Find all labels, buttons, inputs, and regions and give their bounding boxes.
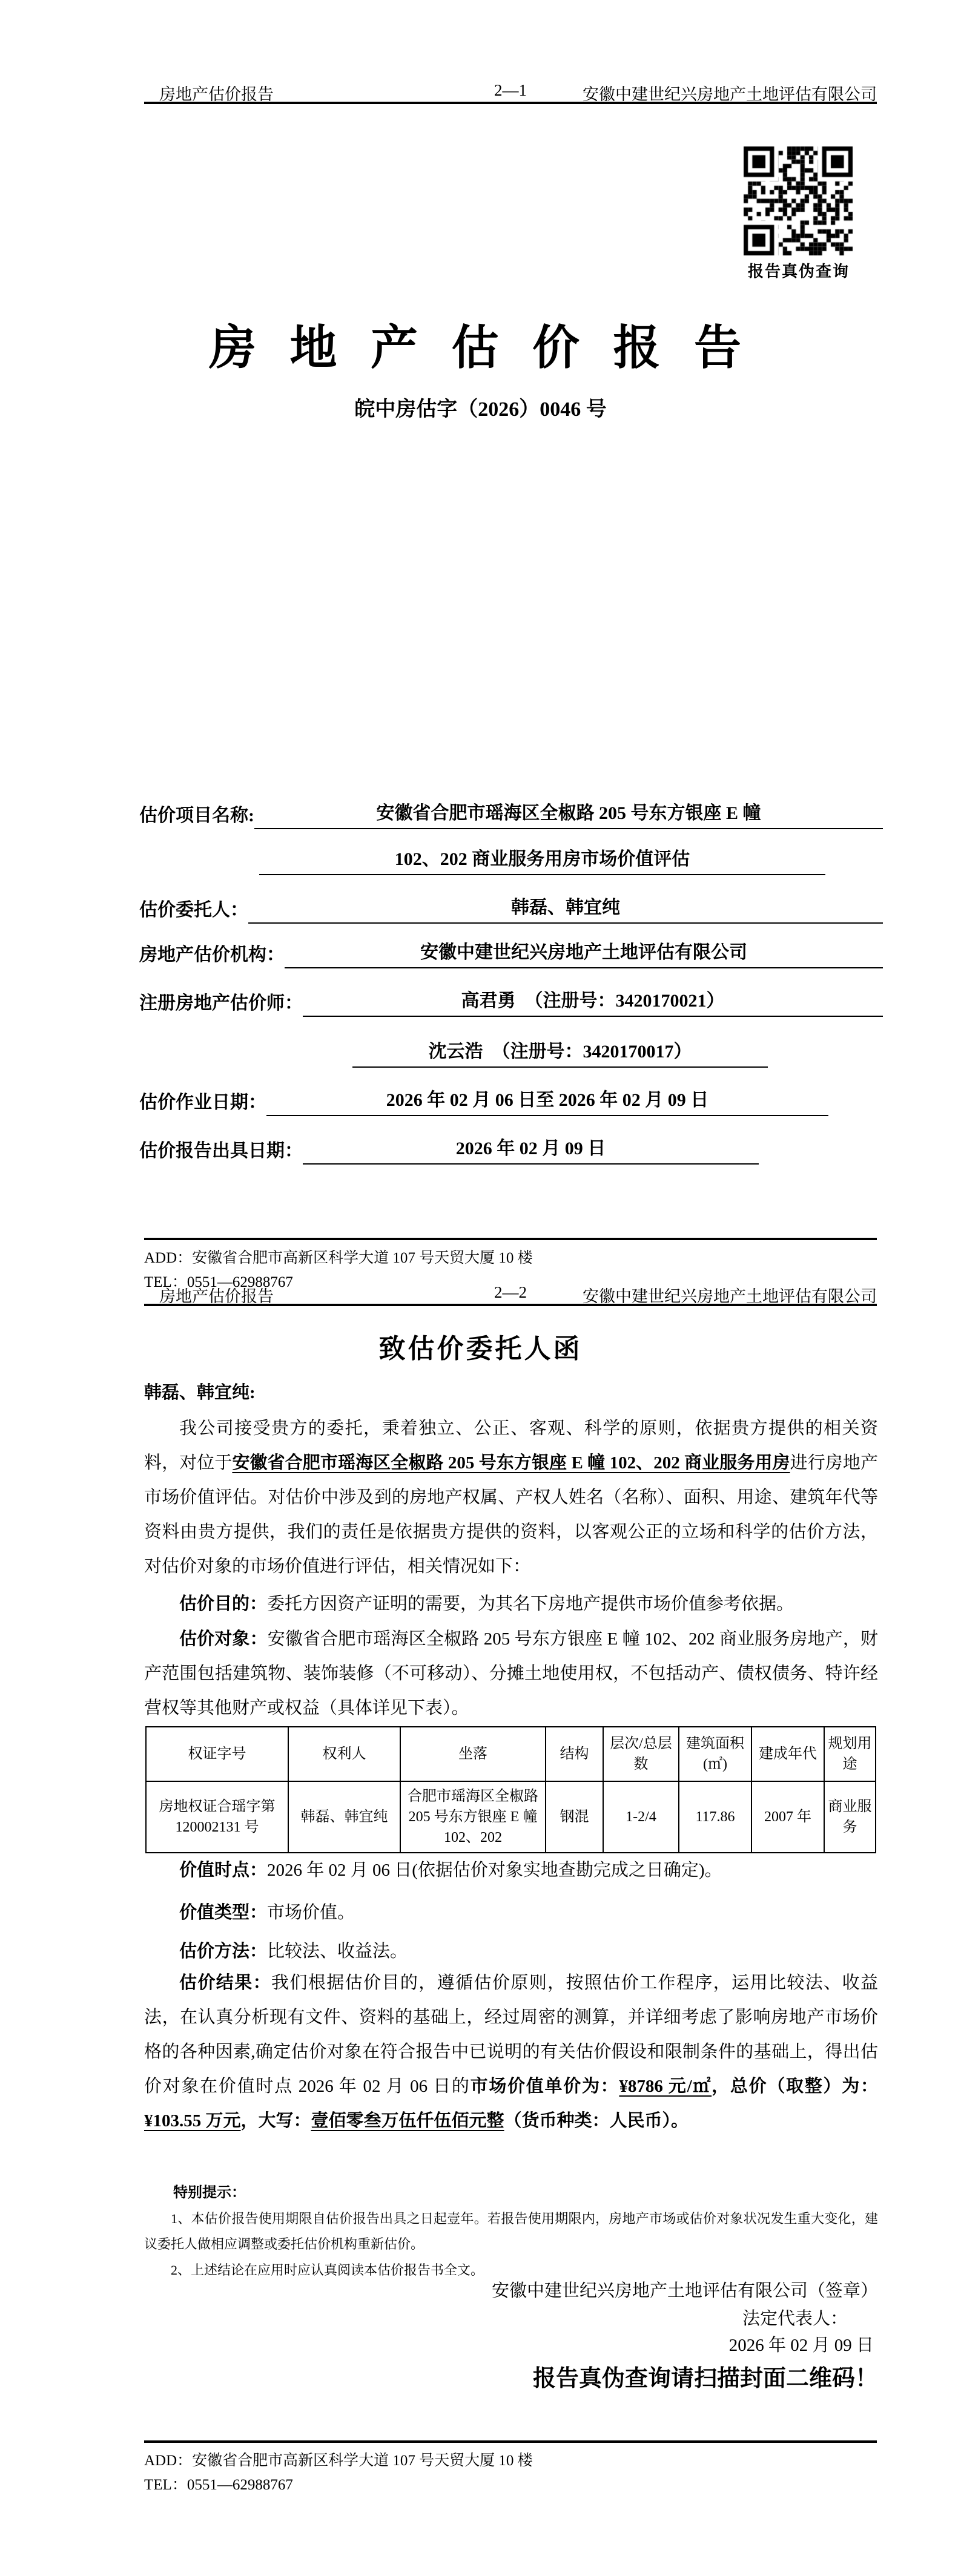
field-work-date: 估价作业日期： 2026 年 02 月 06 日至 2026 年 02 月 09… xyxy=(139,1087,883,1116)
field-agency: 房地产估价机构： 安徽中建世纪兴房地产土地评估有限公司 xyxy=(139,939,883,968)
paragraph-value-date: 价值时点：2026 年 02 月 06 日(依据估价对象实地查勘完成之日确定)。 xyxy=(144,1853,878,1888)
field-client-value: 韩磊、韩宜纯 xyxy=(248,895,883,924)
cell-floor: 1-2/4 xyxy=(603,1781,679,1853)
cell-planned-use: 商业服务 xyxy=(824,1781,876,1853)
method-text: 比较法、收益法。 xyxy=(267,1942,408,1961)
field-project-name-value-line2: 102、202 商业服务用房市场价值评估 xyxy=(259,846,825,875)
report-document: 房地产估价报告 2—1 安徽中建世纪兴房地产土地评估有限公司 报告真伪查询 房 … xyxy=(0,0,961,2576)
page1-footer-address: ADD：安徽省合肥市高新区科学大道 107 号天贸大厦 10 楼 xyxy=(144,1246,877,1270)
property-table-data-row: 房地权证合瑶字第 120002131 号 韩磊、韩宜纯 合肥市瑶海区全椒路 20… xyxy=(146,1781,876,1853)
purpose-text: 委托方因资产证明的需要，为其名下房地产提供市场价值参考依据。 xyxy=(267,1594,794,1614)
qr-block: 报告真伪查询 xyxy=(744,146,854,281)
col-planned-use: 规划用途 xyxy=(824,1727,876,1781)
field-project-name-value-line1: 安徽省合肥市瑶海区全椒路 205 号东方银座 E 幢 xyxy=(254,800,883,829)
signature-legal-representative: 法定代表人： xyxy=(144,2305,878,2330)
cell-location: 合肥市瑶海区全椒路 205 号东方银座 E 幢 102、202 xyxy=(400,1781,546,1853)
signature-company: 安徽中建世纪兴房地产土地评估有限公司（签章） xyxy=(144,2277,878,2302)
cell-area: 117.86 xyxy=(679,1781,751,1853)
field-issue-date-label: 估价报告出具日期： xyxy=(139,1138,303,1165)
intro-subject-highlight: 安徽省合肥市瑶海区全椒路 205 号东方银座 E 幢 102、202 商业服务用… xyxy=(232,1453,790,1473)
subject-label: 估价对象： xyxy=(179,1629,268,1649)
paragraph-method: 估价方法：比较法、收益法。 xyxy=(144,1934,878,1969)
result-capital-value: 壹佰零叁万伍仟伍佰元整 xyxy=(311,2111,504,2131)
field-work-date-label: 估价作业日期： xyxy=(139,1089,266,1116)
page1-header-company: 安徽中建世纪兴房地产土地评估有限公司 xyxy=(583,81,877,105)
result-total-price-label: ，总价（取整）为： xyxy=(712,2077,878,2096)
paragraph-subject: 估价对象：安徽省合肥市瑶海区全椒路 205 号东方银座 E 幢 102、202 … xyxy=(144,1622,878,1726)
field-appraiser-1-value: 高君勇 （注册号：3420170021） xyxy=(303,988,883,1017)
col-location: 坐落 xyxy=(400,1727,546,1781)
cell-structure: 钢混 xyxy=(546,1781,603,1853)
field-appraiser-label: 注册房地产估价师： xyxy=(139,990,303,1017)
page1-running-header: 房地产估价报告 2—1 安徽中建世纪兴房地产土地评估有限公司 xyxy=(144,81,877,104)
cover-report-number: 皖中房估字（2026）0046 号 xyxy=(0,392,961,422)
paragraph-result: 估价结果：我们根据估价目的，遵循估价原则，按照估价工作程序，运用比较法、收益法，… xyxy=(144,1966,878,2138)
field-appraiser-2-value: 沈云浩 （注册号：3420170017） xyxy=(352,1039,768,1068)
cell-owner: 韩磊、韩宜纯 xyxy=(288,1781,400,1853)
field-appraiser-1: 注册房地产估价师： 高君勇 （注册号：3420170021） xyxy=(139,988,883,1017)
field-client: 估价委托人： 韩磊、韩宜纯 xyxy=(139,895,883,924)
page2-running-footer: ADD：安徽省合肥市高新区科学大道 107 号天贸大厦 10 楼 TEL：055… xyxy=(144,2440,877,2497)
method-label: 估价方法： xyxy=(179,1942,267,1961)
result-label: 估价结果： xyxy=(179,1973,271,1993)
col-year-built: 建成年代 xyxy=(751,1727,824,1781)
value-type-text: 市场价值。 xyxy=(267,1903,355,1922)
field-project-name: 估价项目名称: 安徽省合肥市瑶海区全椒路 205 号东方银座 E 幢 xyxy=(139,800,883,829)
page2-header-company: 安徽中建世纪兴房地产土地评估有限公司 xyxy=(583,1283,877,1307)
letter-intro-paragraph: 我公司接受贵方的委托，秉着独立、公正、客观、科学的原则，依据贵方提供的相关资料，… xyxy=(144,1411,878,1584)
col-structure: 结构 xyxy=(546,1727,603,1781)
field-client-label: 估价委托人： xyxy=(139,897,248,924)
purpose-label: 估价目的： xyxy=(179,1594,267,1614)
result-unit-price-label: 市场价值单价为： xyxy=(471,2077,619,2096)
field-project-name-line2: 102、202 商业服务用房市场价值评估 xyxy=(139,846,883,875)
field-agency-value: 安徽中建世纪兴房地产土地评估有限公司 xyxy=(285,939,883,968)
result-capital-label: ，大写： xyxy=(241,2111,311,2131)
special-notice-1: 1、本估价报告使用期限自估价报告出具之日起壹年。若报告使用期限内，房地产市场或估… xyxy=(144,2206,878,2257)
field-project-name-label: 估价项目名称: xyxy=(139,803,254,829)
value-date-label: 价值时点： xyxy=(179,1861,267,1880)
page2-footer-address: ADD：安徽省合肥市高新区科学大道 107 号天贸大厦 10 楼 xyxy=(144,2449,877,2473)
page2-footer-phone: TEL：0551—62988767 xyxy=(144,2473,877,2497)
field-work-date-value: 2026 年 02 月 06 日至 2026 年 02 月 09 日 xyxy=(266,1087,828,1116)
scan-qr-notice: 报告真伪查询请扫描封面二维码！ xyxy=(144,2359,878,2393)
col-owner: 权利人 xyxy=(288,1727,400,1781)
page2-running-header: 房地产估价报告 2—2 安徽中建世纪兴房地产土地评估有限公司 xyxy=(144,1283,877,1306)
signature-date: 2026 年 02 月 09 日 xyxy=(144,2331,878,2356)
field-appraiser-2: 沈云浩 （注册号：3420170017） xyxy=(139,1039,883,1068)
result-currency-note: （货币种类：人民币）。 xyxy=(504,2111,689,2131)
field-issue-date-value: 2026 年 02 月 09 日 xyxy=(303,1135,759,1165)
letter-title: 致估价委托人函 xyxy=(0,1327,961,1365)
value-type-label: 价值类型： xyxy=(179,1903,267,1922)
cell-year-built: 2007 年 xyxy=(751,1781,824,1853)
property-table-header-row: 权证字号 权利人 坐落 结构 层次/总层数 建筑面积(㎡) 建成年代 规划用途 xyxy=(146,1727,876,1781)
col-floor: 层次/总层数 xyxy=(603,1727,679,1781)
paragraph-purpose: 估价目的：委托方因资产证明的需要，为其名下房地产提供市场价值参考依据。 xyxy=(144,1587,878,1621)
cell-certificate-number: 房地权证合瑶字第 120002131 号 xyxy=(146,1781,288,1853)
field-agency-label: 房地产估价机构： xyxy=(139,942,285,968)
value-date-text: 2026 年 02 月 06 日(依据估价对象实地查勘完成之日确定)。 xyxy=(267,1861,722,1880)
col-certificate-number: 权证字号 xyxy=(146,1727,288,1781)
paragraph-value-type: 价值类型：市场价值。 xyxy=(144,1896,878,1930)
property-table: 权证字号 权利人 坐落 结构 层次/总层数 建筑面积(㎡) 建成年代 规划用途 … xyxy=(145,1726,876,1853)
cover-title: 房 地 产 估 价 报 告 xyxy=(0,310,961,378)
col-area: 建筑面积(㎡) xyxy=(679,1727,751,1781)
result-total-price-value: ¥103.55 万元 xyxy=(144,2111,241,2131)
qr-code xyxy=(744,146,853,255)
special-notice-title: 特别提示： xyxy=(144,2180,878,2201)
result-unit-price-value: ¥8786 元/㎡ xyxy=(619,2077,712,2096)
letter-salutation: 韩磊、韩宜纯: xyxy=(144,1379,256,1404)
field-issue-date: 估价报告出具日期： 2026 年 02 月 09 日 xyxy=(139,1135,883,1165)
qr-caption: 报告真伪查询 xyxy=(744,259,854,281)
